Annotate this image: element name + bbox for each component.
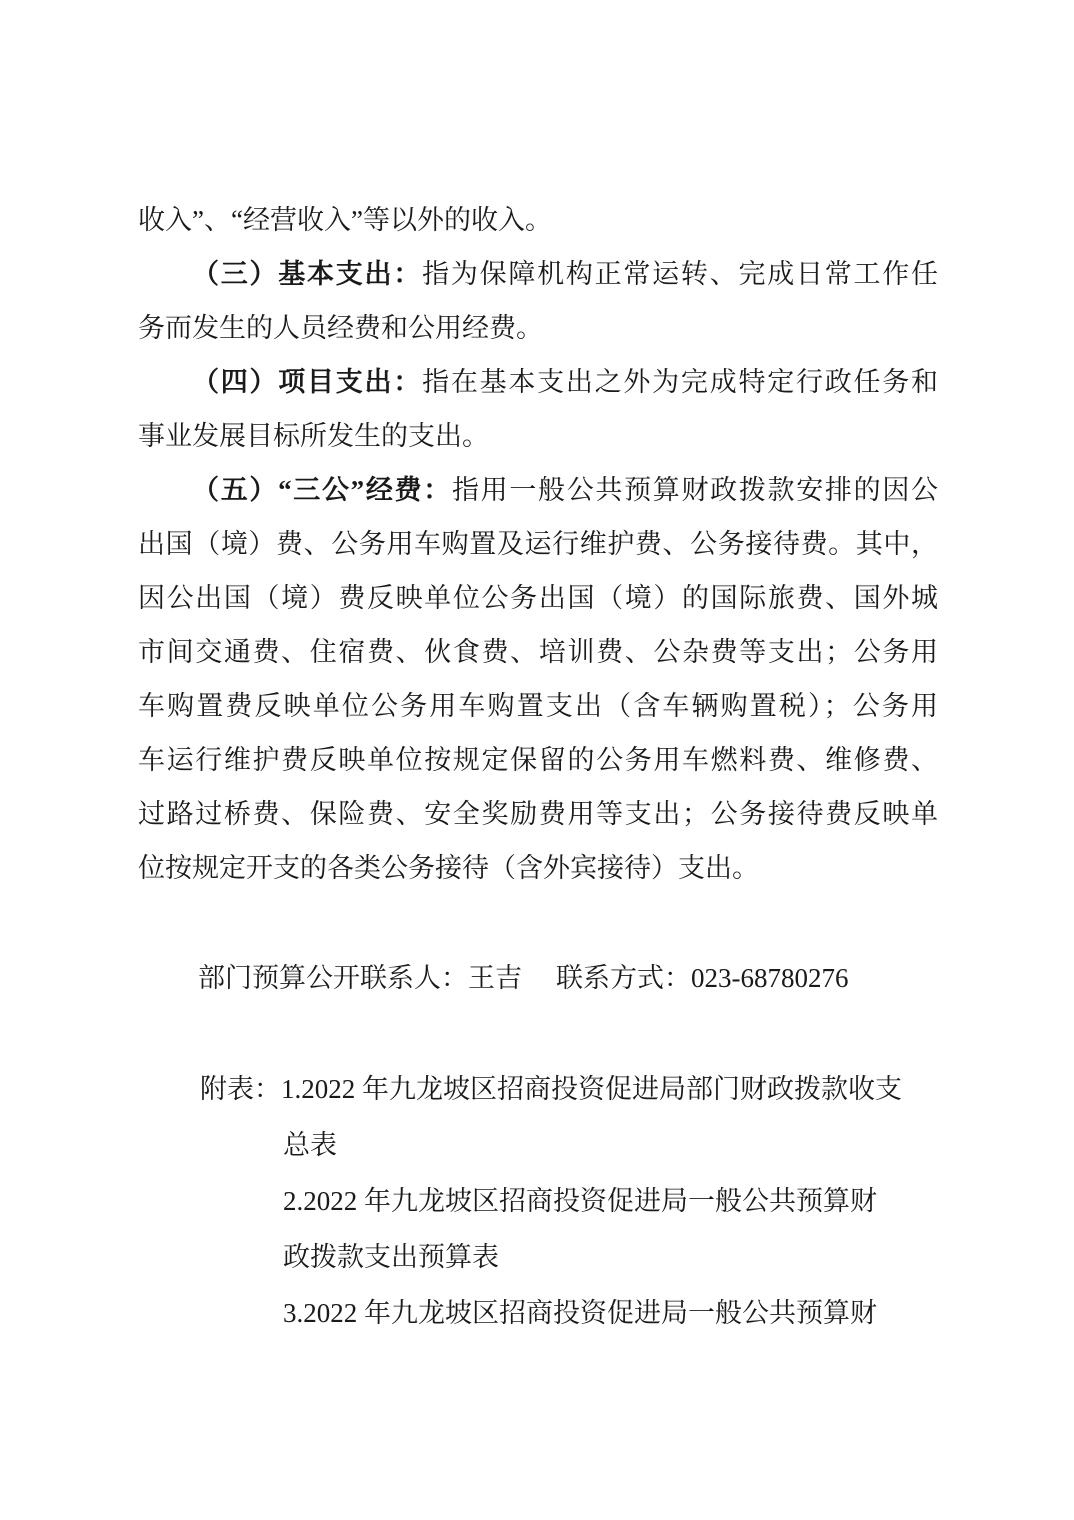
appendix-label: 附表： (200, 1074, 281, 1104)
para-prev-tail-line1: 收入”、“经营收入”等以外的收入。 (138, 193, 938, 247)
para-basic-line1: （三）基本支出：指为保障机构正常运转、完成日常工作任 (138, 247, 938, 301)
para-project-line2: 事业发展目标所发生的支出。 (138, 409, 938, 463)
para-sangong-line6: 车运行维护费反映单位按规定保留的公务用车燃料费、维修费、 (138, 733, 938, 787)
para-project-heading: （四）项目支出： (192, 367, 422, 397)
para-sangong-line8: 位按规定开支的各类公务接待（含外宾接待）支出。 (138, 841, 938, 895)
document-page: 收入”、“经营收入”等以外的收入。 （三）基本支出：指为保障机构正常运转、完成日… (0, 0, 1074, 1520)
contact-person-label: 部门预算公开联系人： (198, 963, 468, 993)
document-content: 收入”、“经营收入”等以外的收入。 （三）基本支出：指为保障机构正常运转、完成日… (138, 193, 938, 1341)
para-basic-line2: 务而发生的人员经费和公用经费。 (138, 301, 938, 355)
contact-method-label: 联系方式： (556, 963, 691, 993)
para-sangong-line1: （五）“三公”经费：指用一般公共预算财政拨款安排的因公 (138, 463, 938, 517)
para-sangong-heading: （五）“三公”经费： (192, 475, 452, 505)
appendix-item-3-line-1: 3.2022 年九龙坡区招商投资促进局一般公共预算财 (138, 1285, 938, 1341)
para-sangong-line1-rest: 指用一般公共预算财政拨款安排的因公 (452, 475, 938, 505)
para-basic-line1-rest: 指为保障机构正常运转、完成日常工作任 (422, 259, 938, 289)
para-project-line1-rest: 指在基本支出之外为完成特定行政任务和 (422, 367, 938, 397)
contact-line: 部门预算公开联系人：王吉联系方式：023-68780276 (138, 951, 938, 1005)
para-project-line1: （四）项目支出：指在基本支出之外为完成特定行政任务和 (138, 355, 938, 409)
para-sangong-line2: 出国（境）费、公务用车购置及运行维护费、公务接待费。其中， (138, 517, 938, 571)
appendix-list: 附表：1.2022 年九龙坡区招商投资促进局部门财政拨款收支 总表 2.2022… (138, 1061, 938, 1341)
appendix-item-2-line-1: 2.2022 年九龙坡区招商投资促进局一般公共预算财 (138, 1173, 938, 1229)
para-sangong-line5: 车购置费反映单位公务用车购置支出（含车辆购置税）；公务用 (138, 679, 938, 733)
para-sangong-line7: 过路过桥费、保险费、安全奖励费用等支出；公务接待费反映单 (138, 787, 938, 841)
appendix-item-1-line-2: 总表 (138, 1117, 938, 1173)
appendix-item-2-line-2: 政拨款支出预算表 (138, 1229, 938, 1285)
appendix-item-1-line-1: 附表：1.2022 年九龙坡区招商投资促进局部门财政拨款收支 (138, 1061, 938, 1117)
para-sangong-line3: 因公出国（境）费反映单位公务出国（境）的国际旅费、国外城 (138, 571, 938, 625)
appendix-item-1-text: 1.2022 年九龙坡区招商投资促进局部门财政拨款收支 (281, 1074, 902, 1104)
para-basic-heading: （三）基本支出： (192, 259, 422, 289)
contact-person-name: 王吉 (468, 963, 522, 993)
contact-phone-number: 023-68780276 (691, 963, 849, 993)
para-sangong-line4: 市间交通费、住宿费、伙食费、培训费、公杂费等支出；公务用 (138, 625, 938, 679)
